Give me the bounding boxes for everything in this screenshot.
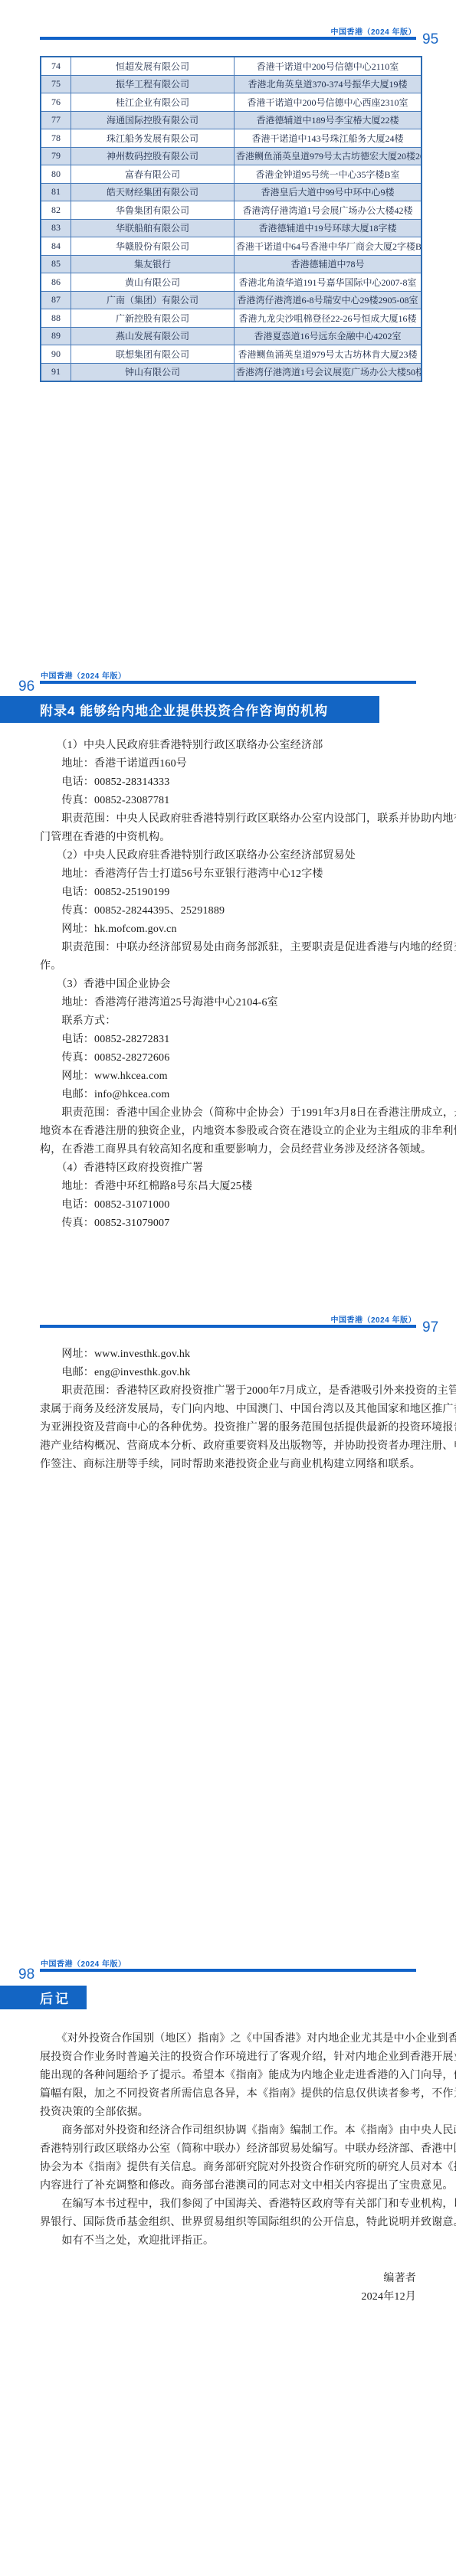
text-line: 网址：www.hkcea.com [40,1067,417,1086]
text-line: 地址：香港湾仔告士打道56号东亚银行港湾中心12字楼 [40,865,417,884]
company-name-cell: 广新控股有限公司 [71,309,235,328]
company-address-cell: 香港湾仔港湾道1号会议展览广场办公大楼50楼 [235,363,422,381]
table-row: 80 富春有限公司 香港金钟道95号统一中心35字楼B室 [41,165,422,184]
row-number-cell: 87 [41,291,71,309]
text-line: 职责范围：中央人民政府驻香港特别行政区联络办公室内设部门，联系并协助内地有关部 [40,810,417,829]
row-number-cell: 83 [41,219,71,237]
company-address-cell: 香港鲗鱼涌英皇道979号太古坊林肯大厦23楼 [235,345,422,364]
company-name-cell: 珠江船务发展有限公司 [71,129,235,148]
company-address-cell: 香港德辅道中19号环球大厦18字楼 [235,219,422,237]
company-address-cell: 香港夏悫道16号远东金融中心4202室 [235,327,422,345]
table-row: 78 珠江船务发展有限公司 香港干诺道中143号珠江船务大厦24楼 [41,129,422,148]
text-line: 地址：香港中环红棉路8号东昌大厦25楼 [40,1178,417,1196]
appendix-4-banner: 附录4 能够给内地企业提供投资合作咨询的机构 [0,696,379,723]
company-address-cell: 香港皇后大道中99号中环中心9楼 [235,183,422,201]
company-address-cell: 香港北角英皇道370-374号振华大厦19楼 [235,75,422,93]
header-doc-label: 中国香港（2024 年版） [330,25,416,37]
body-text-block: 《对外投资合作国别（地区）指南》之《中国香港》对内地企业尤其是中小企业到香港开展… [40,2030,417,2251]
company-name-cell: 钟山有限公司 [71,363,235,381]
signature-block: 编著者2024年12月 [361,2270,416,2306]
text-line: （4）香港特区政府投资推广署 [40,1159,417,1178]
text-line: 隶属于商务及经济发展局，专门向内地、中国澳门、中国台湾以及其他国家和地区推广香港… [40,1401,417,1419]
text-line: 职责范围：中联办经济部贸易处由商务部派驻，主要职责是促进香港与内地的经贸交流合 [40,939,417,957]
company-address-cell: 香港德辅道中78号 [235,255,422,273]
text-line: 篇幅有限，加之不同投资者所需信息各异，本《指南》提供的信息仅供读者参考，不作为企… [40,2085,417,2104]
text-line: 地址：香港湾仔港湾道25号海港中心2104-6室 [40,994,417,1012]
company-name-cell: 华赣股份有限公司 [71,237,235,256]
company-name-cell: 联想集团有限公司 [71,345,235,364]
signature-line: 编著者 [361,2270,416,2288]
company-name-cell: 富春有限公司 [71,165,235,184]
company-name-cell: 广南（集团）有限公司 [71,291,235,309]
company-address-cell: 香港干诺道中200号信德中心西座2310室 [235,93,422,112]
text-line: 传真：00852-28272606 [40,1049,417,1067]
table-row: 79 神州数码控股有限公司 香港鲗鱼涌英皇道979号太古坊德宏大厦20楼2008… [41,147,422,165]
company-name-cell: 燕山发展有限公司 [71,327,235,345]
text-line: 在编写本书过程中，我们参阅了中国海关、香港特区政府等有关部门和专业机构，以及世 [40,2195,417,2214]
page-number: 97 [422,1319,438,1336]
text-line: 电话：00852-28272831 [40,1031,417,1049]
text-line: （2）中央人民政府驻香港特别行政区联络办公室经济部贸易处 [40,847,417,865]
text-line: 传真：00852-28244395、25291889 [40,902,417,920]
text-line: 职责范围：香港特区政府投资推广署于2000年7月成立，是香港吸引外来投资的主管部… [40,1382,417,1401]
table-row: 85 集友银行 香港德辅道中78号 [41,255,422,273]
text-line: 内容进行了补充调整和修改。商务部台港澳司的同志对文中相关内容提出了宝贵意见。 [40,2177,417,2195]
text-line: 门管理在香港的中资机构。 [40,829,417,847]
table-row: 86 黄山有限公司 香港北角渣华道191号嘉华国际中心2007-8室 [41,273,422,292]
page-96: 96 中国香港（2024 年版） 附录4 能够给内地企业提供投资合作咨询的机构 … [0,644,456,1288]
page-98: 98 中国香港（2024 年版） 后记 《对外投资合作国别（地区）指南》之《中国… [0,1932,456,2576]
row-number-cell: 79 [41,147,71,165]
text-line: 传真：00852-23087781 [40,792,417,810]
table-row: 89 燕山发展有限公司 香港夏悫道16号远东金融中心4202室 [41,327,422,345]
company-address-cell: 香港湾仔港湾道1号会展广场办公大楼42楼 [235,201,422,220]
text-line: 电邮：eng@investhk.gov.hk [40,1364,417,1382]
text-line: 电话：00852-31071000 [40,1196,417,1214]
table-row: 74 恒超发展有限公司 香港干诺道中200号信德中心2110室 [41,57,422,75]
text-line: 如有不当之处，欢迎批评指正。 [40,2232,417,2251]
text-line: 作签注、商标注册等手续，同时帮助来港投资企业与商业机构建立网络和联系。 [40,1456,417,1474]
body-text-block: 网址：www.investhk.gov.hk 电邮：eng@investhk.g… [40,1345,417,1474]
page-97: 中国香港（2024 年版） 97 网址：www.investhk.gov.hk … [0,1288,456,1932]
row-number-cell: 90 [41,345,71,364]
text-line: 地资本在香港注册的独资企业，内地资本参股或合资在港设立的企业为主组成的非牟利性机 [40,1123,417,1141]
postscript-banner: 后记 [0,1986,87,2009]
body-text-block: （1）中央人民政府驻香港特别行政区联络办公室经济部 地址：香港干诺道西160号 … [40,737,417,1233]
text-line: 职责范围：香港中国企业协会（简称中企协会）于1991年3月8日在香港注册成立，是… [40,1104,417,1123]
row-number-cell: 81 [41,183,71,201]
header-rule [40,1969,416,1972]
company-address-cell: 香港德辅道中189号李宝椿大厦22楼 [235,111,422,129]
company-address-cell: 香港湾仔港湾道6-8号瑞安中心29楼2905-08室 [235,291,422,309]
row-number-cell: 86 [41,273,71,292]
table-row: 90 联想集团有限公司 香港鲗鱼涌英皇道979号太古坊林肯大厦23楼 [41,345,422,364]
company-name-cell: 华联船舶有限公司 [71,219,235,237]
company-address-cell: 香港九龙尖沙咀棉登径22-26号恒成大厦16楼 [235,309,422,328]
row-number-cell: 75 [41,75,71,93]
row-number-cell: 85 [41,255,71,273]
signature-line: 2024年12月 [361,2288,416,2306]
row-number-cell: 77 [41,111,71,129]
company-table: 74 恒超发展有限公司 香港干诺道中200号信德中心2110室 75 振华工程有… [40,56,422,382]
page-number: 98 [18,1966,34,1983]
row-number-cell: 91 [41,363,71,381]
table-row: 88 广新控股有限公司 香港九龙尖沙咀棉登径22-26号恒成大厦16楼 [41,309,422,328]
company-name-cell: 振华工程有限公司 [71,75,235,93]
company-name-cell: 神州数码控股有限公司 [71,147,235,165]
row-number-cell: 74 [41,57,71,75]
postscript-title: 后记 [40,1988,71,2007]
text-line: （3）香港中国企业协会 [40,976,417,994]
text-line: 港产业结构概况、营商成本分析、政府重要资料及出版物等，并协助投资者办理注册、申请… [40,1437,417,1456]
text-line: 为亚洲投资及营商中心的各种优势。投资推广署的服务范围包括提供最新的投资环境报告、… [40,1419,417,1437]
header-doc-label: 中国香港（2024 年版） [41,1957,126,1969]
text-line: （1）中央人民政府驻香港特别行政区联络办公室经济部 [40,737,417,755]
page-number: 96 [18,678,34,695]
page-number: 95 [422,31,438,48]
header-rule [40,681,416,684]
table-row: 81 皓天财经集团有限公司 香港皇后大道中99号中环中心9楼 [41,183,422,201]
text-line: 传真：00852-31079007 [40,1214,417,1233]
row-number-cell: 78 [41,129,71,148]
company-table-body: 74 恒超发展有限公司 香港干诺道中200号信德中心2110室 75 振华工程有… [41,57,422,381]
row-number-cell: 88 [41,309,71,328]
table-row: 84 华赣股份有限公司 香港干诺道中64号香港中华厂商会大厦2字楼B座 [41,237,422,256]
company-name-cell: 皓天财经集团有限公司 [71,183,235,201]
text-line: 界银行、国际货币基金组织、世界贸易组织等国际组织的公开信息，特此说明并致谢意。 [40,2214,417,2232]
appendix-4-title: 附录4 能够给内地企业提供投资合作咨询的机构 [40,700,328,719]
company-address-cell: 香港干诺道中143号珠江船务大厦24楼 [235,129,422,148]
row-number-cell: 76 [41,93,71,112]
text-line: 构，在香港工商界具有较高知名度和重要影响力，会员经营业务涉及经济各领域。 [40,1141,417,1159]
text-line: 协会为本《指南》提供有关信息。商务部研究院对外投资合作研究所的研究人员对本《指南… [40,2159,417,2177]
header-rule [40,37,416,40]
text-line: 网址：www.investhk.gov.hk [40,1345,417,1364]
text-line: 香港特别行政区联络办公室（简称中联办）经济部贸易处编写。中联办经济部、香港中国企… [40,2140,417,2159]
company-name-cell: 恒超发展有限公司 [71,57,235,75]
company-name-cell: 海通国际控股有限公司 [71,111,235,129]
text-line: 地址：香港干诺道西160号 [40,755,417,773]
row-number-cell: 84 [41,237,71,256]
company-address-cell: 香港干诺道中64号香港中华厂商会大厦2字楼B座 [235,237,422,256]
text-line: 投资决策的全部依据。 [40,2104,417,2122]
text-line: 电话：00852-25190199 [40,884,417,902]
company-address-cell: 香港鲗鱼涌英皇道979号太古坊德宏大厦20楼2008室 [235,147,422,165]
header-rule [40,1325,416,1328]
company-address-cell: 香港干诺道中200号信德中心2110室 [235,57,422,75]
text-line: 作。 [40,957,417,976]
company-address-cell: 香港金钟道95号统一中心35字楼B室 [235,165,422,184]
table-row: 75 振华工程有限公司 香港北角英皇道370-374号振华大厦19楼 [41,75,422,93]
page-95: 中国香港（2024 年版） 95 74 恒超发展有限公司 香港干诺道中200号信… [0,0,456,644]
company-address-cell: 香港北角渣华道191号嘉华国际中心2007-8室 [235,273,422,292]
company-name-cell: 华鲁集团有限公司 [71,201,235,220]
row-number-cell: 89 [41,327,71,345]
text-line: 电话：00852-28314333 [40,773,417,792]
table-row: 76 桂江企业有限公司 香港干诺道中200号信德中心西座2310室 [41,93,422,112]
text-line: 网址：hk.mofcom.gov.cn [40,920,417,939]
table-row: 87 广南（集团）有限公司 香港湾仔港湾道6-8号瑞安中心29楼2905-08室 [41,291,422,309]
text-line: 能出现的各种问题给予了提示。希望本《指南》能成为内地企业走进香港的入门向导，但由… [40,2067,417,2085]
text-line: 联系方式： [40,1012,417,1031]
row-number-cell: 82 [41,201,71,220]
text-line: 商务部对外投资和经济合作司组织协调《指南》编制工作。本《指南》由中央人民政府驻 [40,2122,417,2140]
table-row: 83 华联船舶有限公司 香港德辅道中19号环球大厦18字楼 [41,219,422,237]
table-row: 82 华鲁集团有限公司 香港湾仔港湾道1号会展广场办公大楼42楼 [41,201,422,220]
text-line: 电邮：info@hkcea.com [40,1086,417,1104]
row-number-cell: 80 [41,165,71,184]
text-line: 展投资合作业务时普遍关注的投资合作环境进行了客观介绍，针对内地企业到香港开展业务… [40,2048,417,2067]
table-row: 77 海通国际控股有限公司 香港德辅道中189号李宝椿大厦22楼 [41,111,422,129]
header-doc-label: 中国香港（2024 年版） [330,1313,416,1325]
company-name-cell: 桂江企业有限公司 [71,93,235,112]
header-doc-label: 中国香港（2024 年版） [41,669,126,681]
text-line: 《对外投资合作国别（地区）指南》之《中国香港》对内地企业尤其是中小企业到香港开 [40,2030,417,2048]
document-view: 中国香港（2024 年版） 95 74 恒超发展有限公司 香港干诺道中200号信… [0,0,456,2576]
company-name-cell: 集友银行 [71,255,235,273]
company-name-cell: 黄山有限公司 [71,273,235,292]
table-row: 91 钟山有限公司 香港湾仔港湾道1号会议展览广场办公大楼50楼 [41,363,422,381]
